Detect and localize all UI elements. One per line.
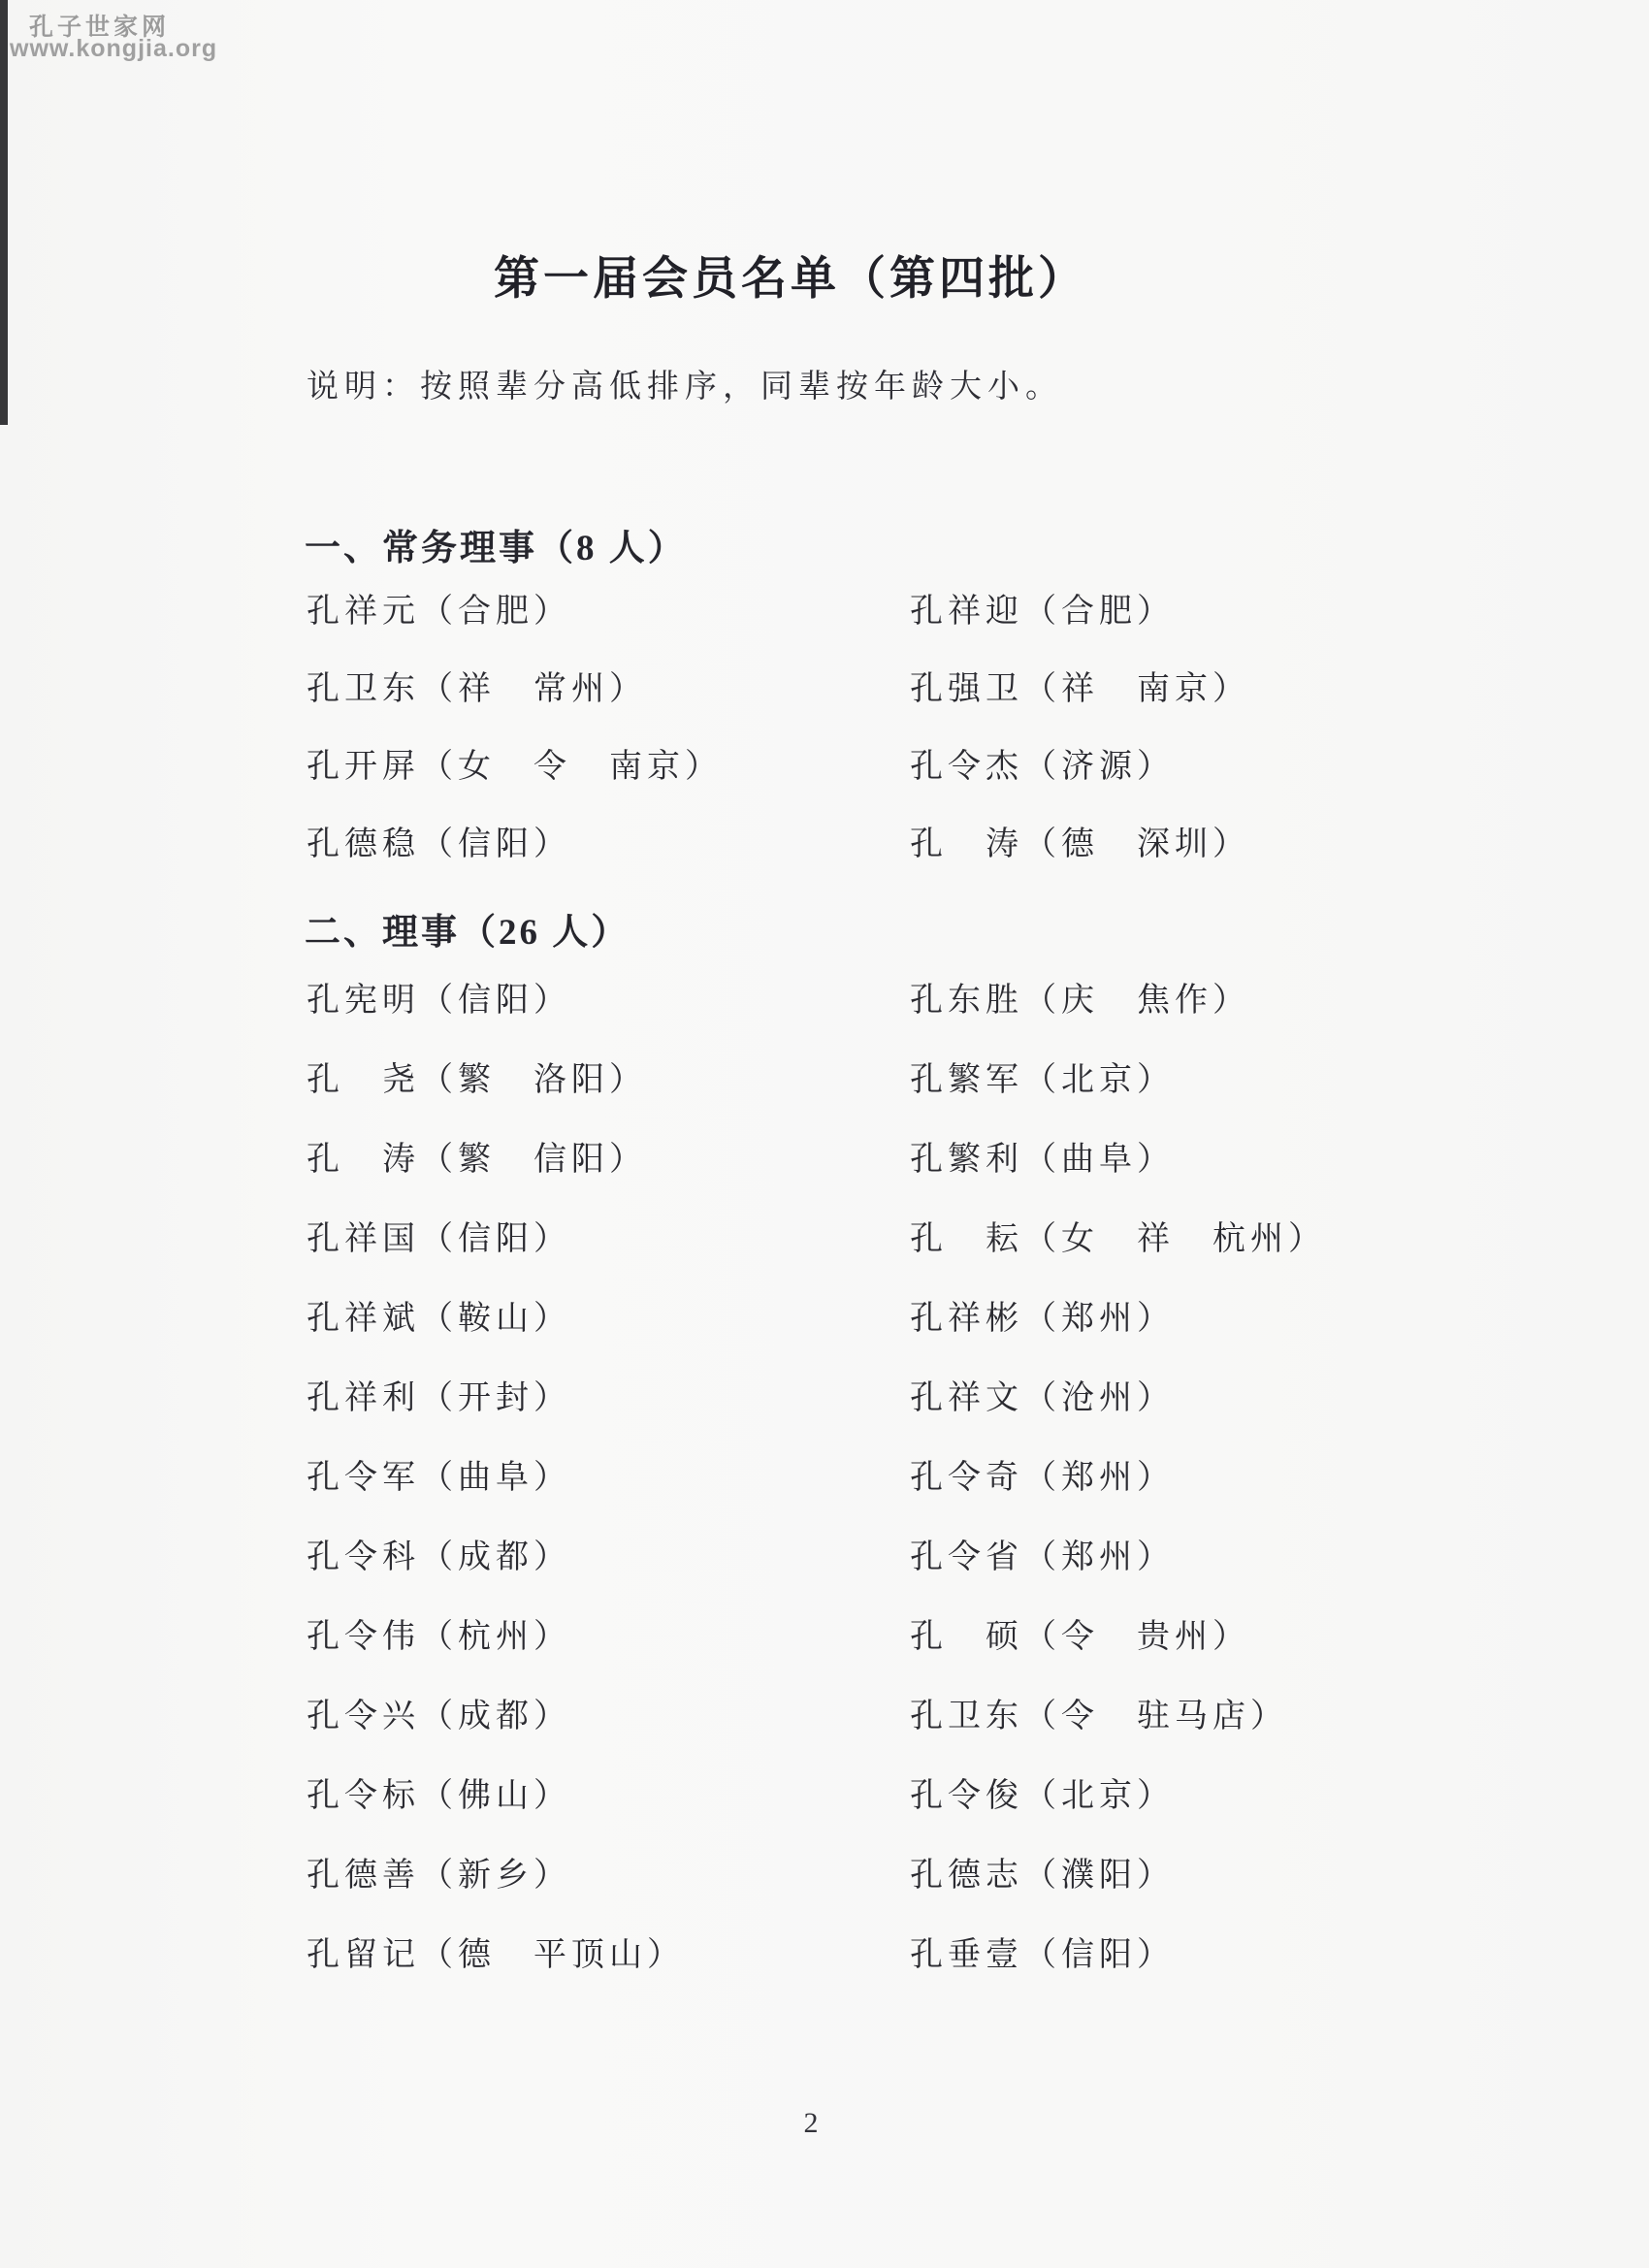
member-row: 孔令俊（北京） [910, 1774, 1326, 1854]
member-row: 孔祥迎（合肥） [910, 590, 1250, 667]
watermark-site-url: www.kongjia.org [10, 35, 217, 63]
section-1-left-column: 孔祥元（合肥） 孔卫东（祥 常州） 孔开屏（女 令 南京） 孔德稳（信阳） [307, 590, 723, 900]
sorting-note: 说明：按照辈分高低排序，同辈按年龄大小。 [307, 361, 1063, 406]
member-row: 孔令杰（济源） [910, 745, 1250, 823]
scan-edge-artifact [0, 0, 8, 425]
member-row: 孔宪明（信阳） [307, 979, 685, 1058]
member-row: 孔繁利（曲阜） [910, 1138, 1326, 1217]
page-number: 2 [0, 2107, 1622, 2140]
member-row: 孔令军（曲阜） [307, 1456, 685, 1536]
section-1-right-column: 孔祥迎（合肥） 孔强卫（祥 南京） 孔令杰（济源） 孔 涛（德 深圳） [910, 590, 1250, 900]
member-row: 孔东胜（庆 焦作） [910, 979, 1326, 1058]
member-row: 孔德善（新乡） [307, 1854, 685, 1933]
member-row: 孔令伟（杭州） [307, 1615, 685, 1695]
page-title: 第一届会员名单（第四批） [0, 243, 1581, 308]
member-row: 孔祥文（沧州） [910, 1377, 1326, 1456]
member-row: 孔开屏（女 令 南京） [307, 745, 723, 823]
member-row: 孔祥彬（郑州） [910, 1297, 1326, 1377]
section-2-heading: 二、理事（26 人） [305, 902, 630, 955]
member-row: 孔德志（濮阳） [910, 1854, 1326, 1933]
document-page: 孔子世家网 www.kongjia.org 第一届会员名单（第四批） 说明：按照… [0, 0, 1649, 2268]
section-2-left-column: 孔宪明（信阳） 孔 尧（繁 洛阳） 孔 涛（繁 信阳） 孔祥国（信阳） 孔祥斌（… [307, 979, 685, 2013]
member-row: 孔卫东（祥 常州） [307, 667, 723, 745]
member-row: 孔留记（德 平顶山） [307, 1933, 685, 2013]
member-row: 孔德稳（信阳） [307, 823, 723, 900]
member-row: 孔强卫（祥 南京） [910, 667, 1250, 745]
section-2-right-column: 孔东胜（庆 焦作） 孔繁军（北京） 孔繁利（曲阜） 孔 耘（女 祥 杭州） 孔祥… [910, 979, 1326, 2013]
member-row: 孔祥国（信阳） [307, 1217, 685, 1297]
member-row: 孔 涛（繁 信阳） [307, 1138, 685, 1217]
member-row: 孔 尧（繁 洛阳） [307, 1058, 685, 1138]
member-row: 孔繁军（北京） [910, 1058, 1326, 1138]
member-row: 孔祥利（开封） [307, 1377, 685, 1456]
member-row: 孔令奇（郑州） [910, 1456, 1326, 1536]
member-row: 孔祥斌（鞍山） [307, 1297, 685, 1377]
member-row: 孔 硕（令 贵州） [910, 1615, 1326, 1695]
member-row: 孔令兴（成都） [307, 1695, 685, 1774]
member-row: 孔令省（郑州） [910, 1536, 1326, 1615]
member-row: 孔 耘（女 祥 杭州） [910, 1217, 1326, 1297]
section-1-heading: 一、常务理事（8 人） [305, 518, 687, 570]
member-row: 孔 涛（德 深圳） [910, 823, 1250, 900]
member-row: 孔令科（成都） [307, 1536, 685, 1615]
member-row: 孔垂壹（信阳） [910, 1933, 1326, 2013]
member-row: 孔卫东（令 驻马店） [910, 1695, 1326, 1774]
member-row: 孔令标（佛山） [307, 1774, 685, 1854]
member-row: 孔祥元（合肥） [307, 590, 723, 667]
